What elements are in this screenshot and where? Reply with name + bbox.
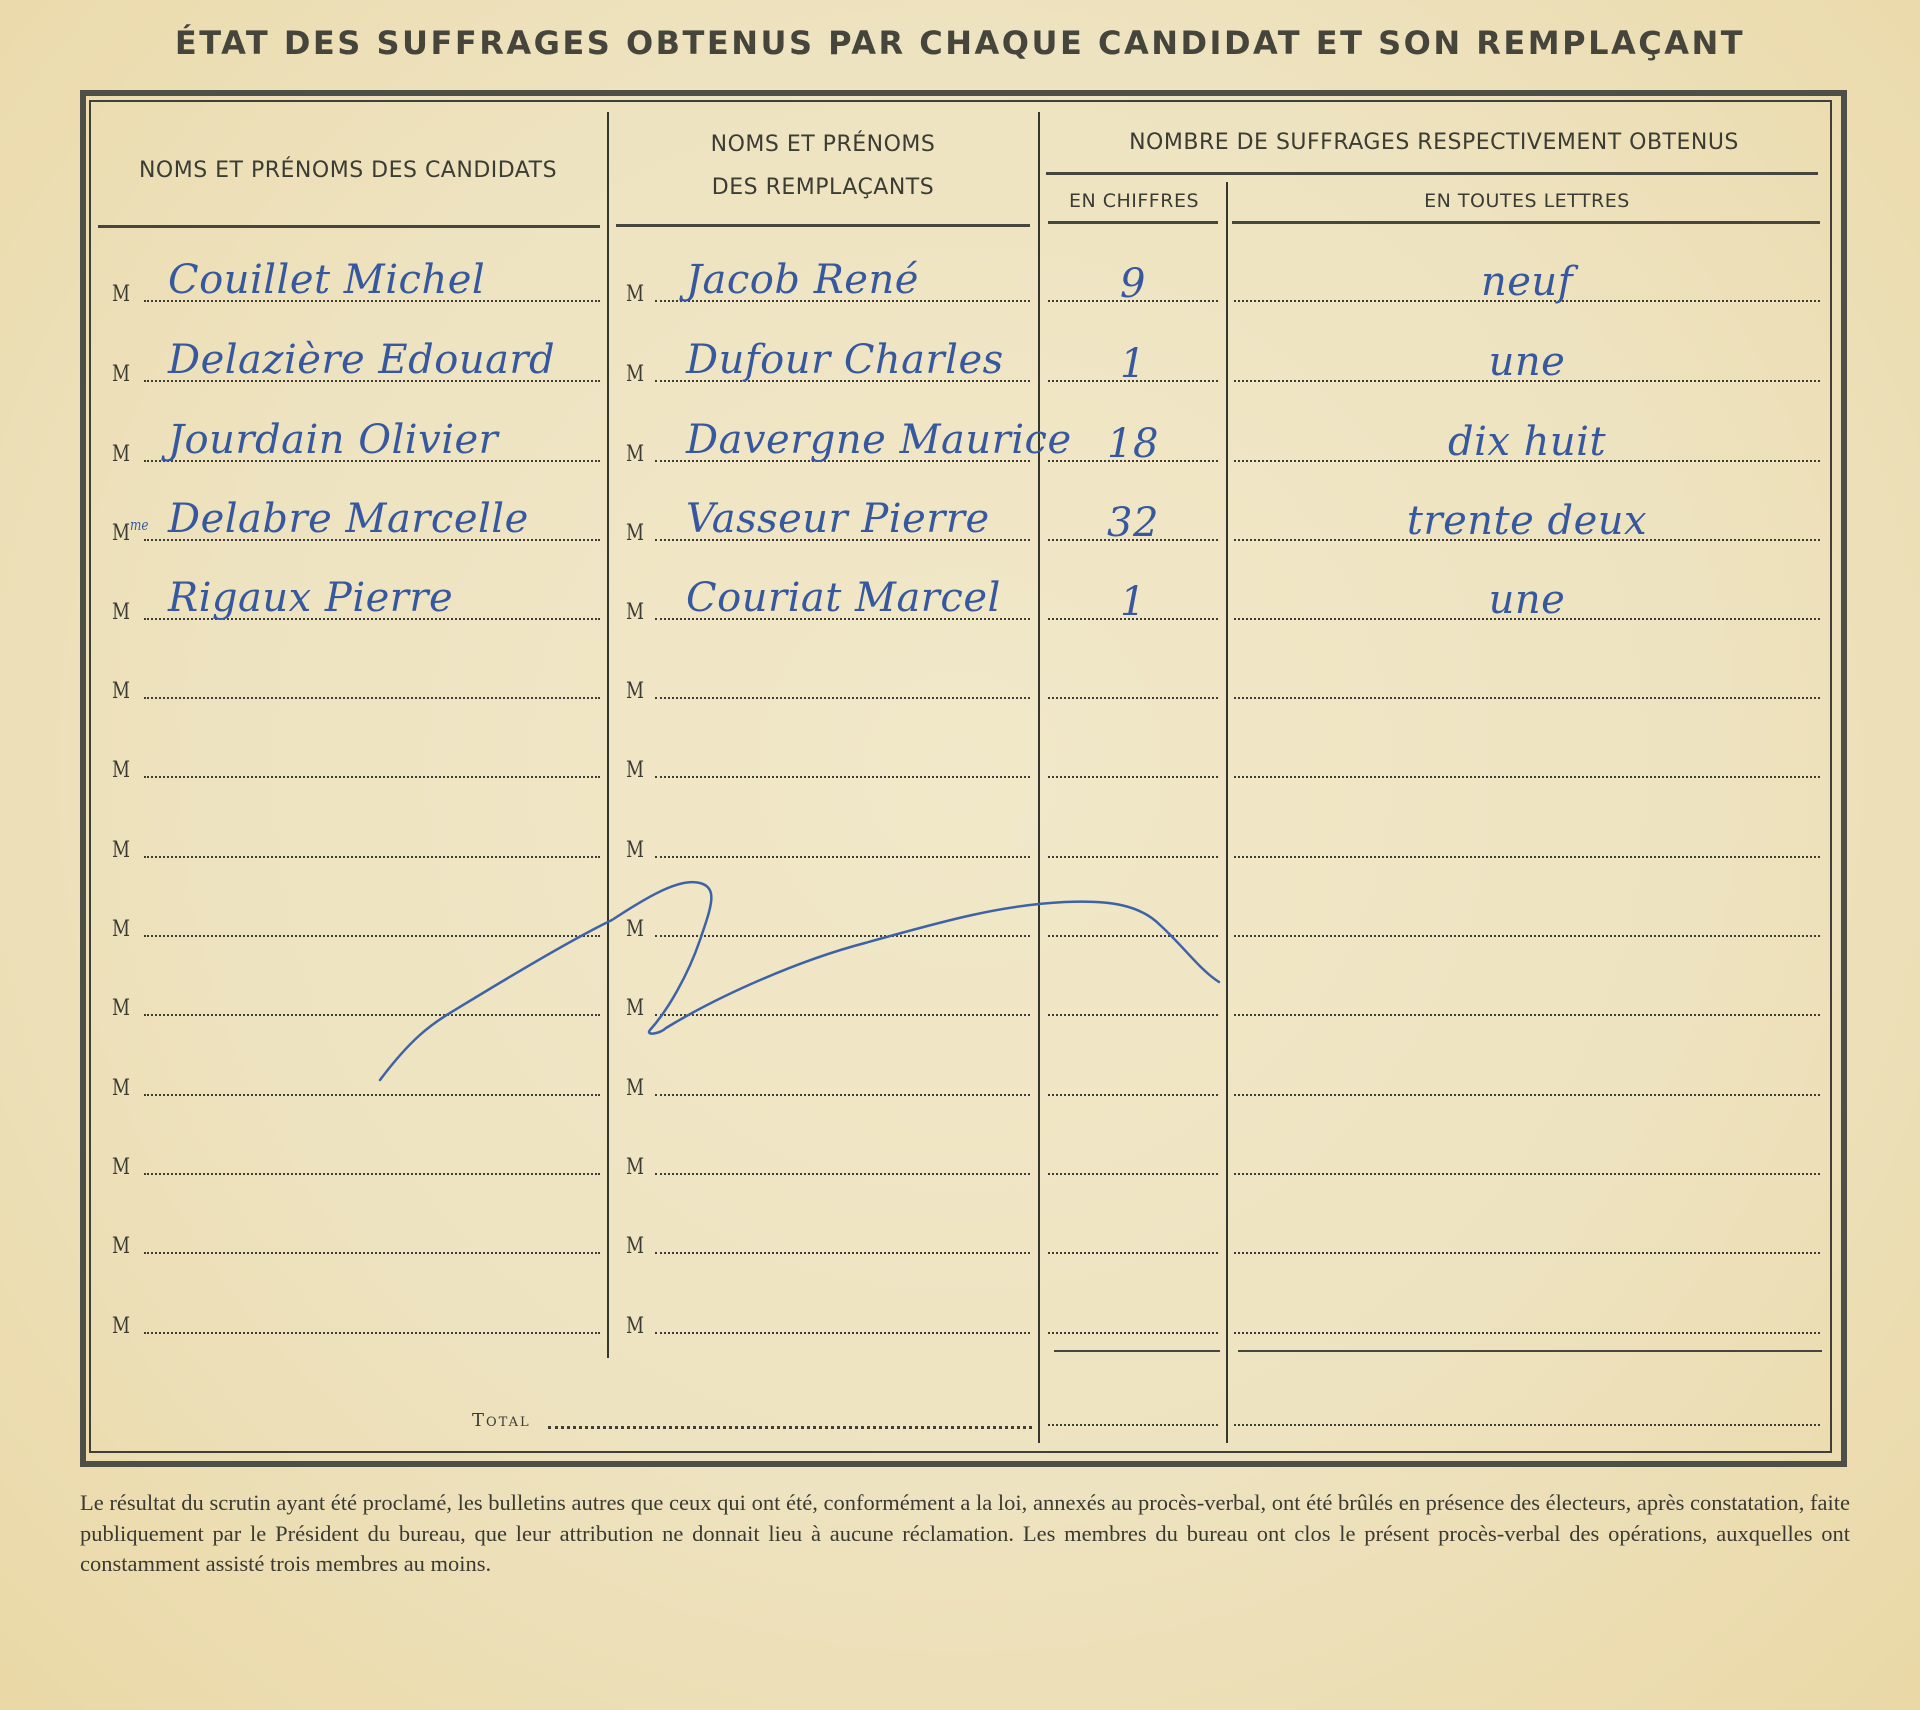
votes-digits-line (1048, 1332, 1218, 1334)
candidate-name[interactable]: Delabre Marcelle (168, 499, 529, 539)
candidate-prefix: M (112, 279, 130, 306)
candidate-prefix: M (112, 755, 130, 782)
candidate-name[interactable]: Rigaux Pierre (168, 578, 453, 618)
header-underline-votes-words (1232, 221, 1820, 224)
header-replacements-line1: NOMS ET PRÉNOMS (614, 134, 1032, 156)
table-row: M M (0, 942, 1920, 1022)
replacement-prefix: M (626, 1316, 644, 1338)
candidate-prefix: M (112, 676, 130, 703)
table-row: Mme Delabre Marcelle M Vasseur Pierre 32… (0, 467, 1920, 547)
replacement-line (655, 776, 1030, 778)
candidate-line (144, 1014, 600, 1016)
votes-digits-line (1048, 1014, 1218, 1016)
votes-words-line (1234, 697, 1820, 699)
votes-digits[interactable]: 1 (1048, 344, 1218, 384)
votes-digits[interactable]: 18 (1048, 424, 1218, 464)
total-digits-field[interactable] (1048, 1424, 1218, 1426)
votes-words[interactable]: neuf (1234, 262, 1820, 302)
candidate-name[interactable]: Delazière Edouard (168, 340, 555, 380)
replacement-prefix: M (626, 602, 644, 624)
replacement-prefix: M (626, 364, 644, 386)
votes-digits-line (1048, 776, 1218, 778)
total-words-field[interactable] (1234, 1424, 1820, 1426)
votes-words-closing-line (1238, 1350, 1822, 1352)
table-row: M Jourdain Olivier M Davergne Maurice 18… (0, 388, 1920, 468)
replacement-name[interactable]: Dufour Charles (686, 340, 1004, 380)
votes-words[interactable]: dix huit (1234, 422, 1820, 462)
votes-digits-line (1048, 856, 1218, 858)
candidate-line (144, 1094, 600, 1096)
replacement-name[interactable]: Vasseur Pierre (686, 499, 990, 539)
replacement-line (655, 1173, 1030, 1175)
header-votes-words: EN TOUTES LETTRES (1232, 192, 1822, 211)
candidate-name[interactable]: Jourdain Olivier (168, 420, 498, 460)
candidate-line (144, 1173, 600, 1175)
header-underline-votes-digits (1048, 221, 1218, 224)
replacement-line (655, 1252, 1030, 1254)
candidate-line (144, 1252, 600, 1254)
header-votes: NOMBRE DE SUFFRAGES RESPECTIVEMENT OBTEN… (1044, 132, 1824, 154)
votes-words-line (1234, 1252, 1820, 1254)
votes-words[interactable]: une (1234, 342, 1820, 382)
candidate-prefix: M (112, 597, 130, 624)
table-row: M Rigaux Pierre M Couriat Marcel 1 une (0, 546, 1920, 626)
replacement-prefix: M (626, 284, 644, 306)
votes-digits[interactable]: 1 (1048, 582, 1218, 622)
candidate-line (144, 776, 600, 778)
replacement-line (655, 1094, 1030, 1096)
table-row: M M (0, 625, 1920, 705)
candidate-prefix: M (112, 359, 130, 386)
candidate-name[interactable]: Couillet Michel (168, 260, 485, 300)
votes-words-line (1234, 776, 1820, 778)
candidate-prefix: M (112, 835, 130, 862)
total-line (548, 1426, 1032, 1429)
votes-words[interactable]: trente deux (1234, 501, 1820, 541)
candidate-prefix: M (112, 914, 130, 941)
table-row: M M (0, 704, 1920, 784)
replacement-prefix: M (626, 998, 644, 1020)
votes-digits-line (1048, 1173, 1218, 1175)
candidate-prefix: M (112, 993, 130, 1020)
candidate-prefix: M (112, 439, 130, 466)
closing-statement: Le résultat du scrutin ayant été proclam… (80, 1488, 1850, 1580)
candidate-line (144, 697, 600, 699)
replacement-name[interactable]: Couriat Marcel (686, 578, 1001, 618)
votes-words-line (1234, 1014, 1820, 1016)
candidate-prefix: M (112, 1311, 130, 1338)
replacement-line (655, 856, 1030, 858)
votes-digits-closing-line (1054, 1350, 1220, 1352)
candidate-prefix: M (112, 1231, 130, 1258)
table-row: M Delazière Edouard M Dufour Charles 1 u… (0, 308, 1920, 388)
votes-words[interactable]: une (1234, 580, 1820, 620)
replacement-prefix: M (626, 840, 644, 862)
replacement-name[interactable]: Jacob René (686, 260, 919, 300)
replacement-line (655, 935, 1030, 937)
header-replacements-line2: DES REMPLAÇANTS (614, 177, 1032, 199)
votes-digits-line (1048, 935, 1218, 937)
votes-digits-line (1048, 697, 1218, 699)
replacement-line (655, 1014, 1030, 1016)
total-label: Total (472, 1410, 531, 1431)
candidate-line (144, 1332, 600, 1334)
candidate-line (144, 935, 600, 937)
votes-words-line (1234, 935, 1820, 937)
votes-words-line (1234, 1332, 1820, 1334)
table-row: M M (0, 1180, 1920, 1260)
table-row: M M (0, 1022, 1920, 1102)
table-row: M M (0, 784, 1920, 864)
header-candidates: NOMS ET PRÉNOMS DES CANDIDATS (98, 160, 598, 182)
votes-digits-line (1048, 1094, 1218, 1096)
votes-digits[interactable]: 32 (1048, 503, 1218, 543)
replacement-name[interactable]: Davergne Maurice (686, 420, 1072, 460)
replacement-line (655, 1332, 1030, 1334)
page-title: ÉTAT DES SUFFRAGES OBTENUS PAR CHAQUE CA… (0, 24, 1920, 62)
header-underline-replacements (616, 224, 1030, 227)
replacement-prefix: M (626, 1236, 644, 1258)
table-row: M M (0, 1101, 1920, 1181)
header-underline-votes (1046, 172, 1818, 175)
table-row: M M (0, 1260, 1920, 1340)
replacement-prefix: M (626, 681, 644, 703)
replacement-prefix: M (626, 1078, 644, 1100)
replacement-prefix: M (626, 523, 644, 545)
table-row: M Couillet Michel M Jacob René 9 neuf (0, 228, 1920, 308)
candidate-prefix: M (112, 1073, 130, 1100)
votes-digits-line (1048, 1252, 1218, 1254)
votes-words-line (1234, 1094, 1820, 1096)
replacement-prefix: M (626, 1157, 644, 1179)
candidate-prefix: M (112, 1152, 130, 1179)
replacement-prefix: M (626, 444, 644, 466)
votes-digits[interactable]: 9 (1048, 264, 1218, 304)
replacement-line (655, 697, 1030, 699)
candidate-line (144, 856, 600, 858)
votes-words-line (1234, 856, 1820, 858)
header-votes-digits: EN CHIFFRES (1044, 192, 1224, 211)
table-row: M M (0, 863, 1920, 943)
replacement-prefix: M (626, 760, 644, 782)
votes-words-line (1234, 1173, 1820, 1175)
replacement-prefix: M (626, 919, 644, 941)
